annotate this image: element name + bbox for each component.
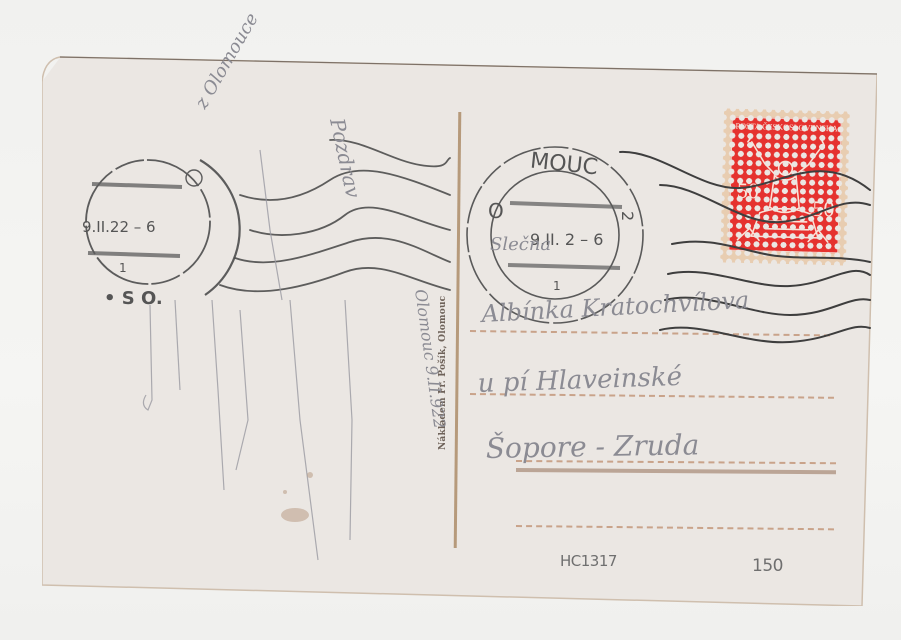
publisher-imprint: Nákladem Fr. Pošík, Olomouc — [438, 300, 452, 450]
stamp-value-left: 50 — [737, 178, 760, 205]
stamp-value-right: 50 — [812, 196, 835, 223]
postage-stamp: POSTA ČESKOSLOVENSKA 50 50 — [720, 108, 850, 265]
price-note: 150 — [752, 556, 783, 576]
stamp-face: POSTA ČESKOSLOVENSKA 50 50 — [728, 117, 841, 254]
catalog-code-note: HC1317 — [560, 552, 617, 570]
